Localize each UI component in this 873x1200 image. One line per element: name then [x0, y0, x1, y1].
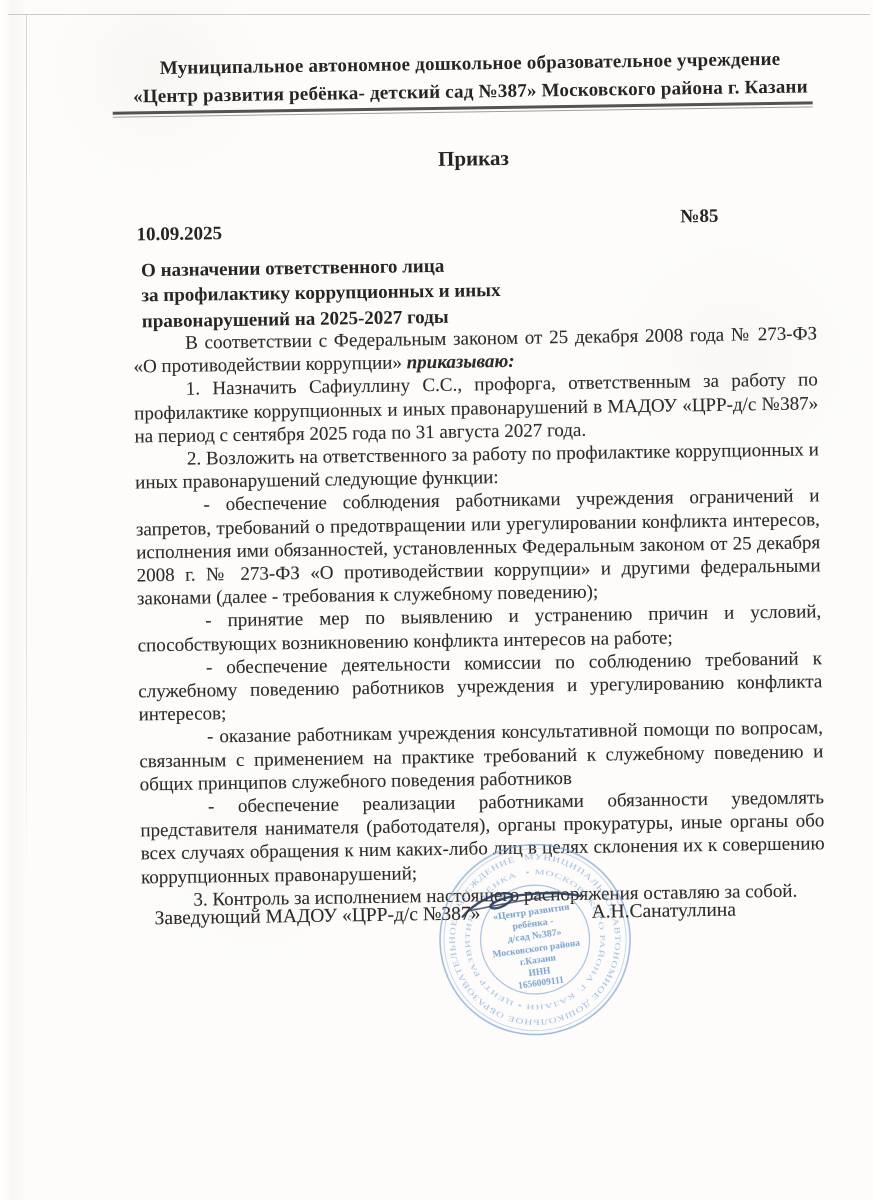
document-body: В соответствии с Федеральным законом от …: [133, 322, 826, 912]
order-subitem-4: - оказание работникам учреждения консуль…: [139, 717, 824, 797]
scanned-document-page: Муниципальное автономное дошкольное обра…: [0, 0, 873, 1200]
signatory-name: А.Н.Санатуллина: [591, 900, 736, 924]
order-subitem-1: - обеспечение соблюдения работниками учр…: [135, 485, 821, 611]
official-round-stamp: МУНИЦИПАЛЬНОЕ АВТОНОМНОЕ ДОШКОЛЬНОЕ ОБРА…: [423, 828, 646, 1051]
intro-emphasis: приказываю:: [406, 351, 514, 374]
organization-header: Муниципальное автономное дошкольное обра…: [130, 45, 811, 111]
signatory-position: Заведующий МАДОУ «ЦРР-д/с №387»: [155, 903, 481, 930]
order-item-1: 1. Назначить Сафиуллину С.С., профорга, …: [134, 369, 819, 449]
document-content: Муниципальное автономное дошкольное обра…: [0, 0, 873, 1200]
document-date: 10.09.2025: [136, 223, 222, 246]
document-title: Приказ: [133, 141, 813, 176]
order-subitem-3: - обеспечение деятельности комиссии по с…: [138, 647, 823, 727]
document-subject: О назначении ответственного лица за проф…: [141, 253, 501, 335]
stamp-graphic: МУНИЦИПАЛЬНОЕ АВТОНОМНОЕ ДОШКОЛЬНОЕ ОБРА…: [423, 828, 646, 1051]
document-number: №85: [680, 206, 718, 229]
